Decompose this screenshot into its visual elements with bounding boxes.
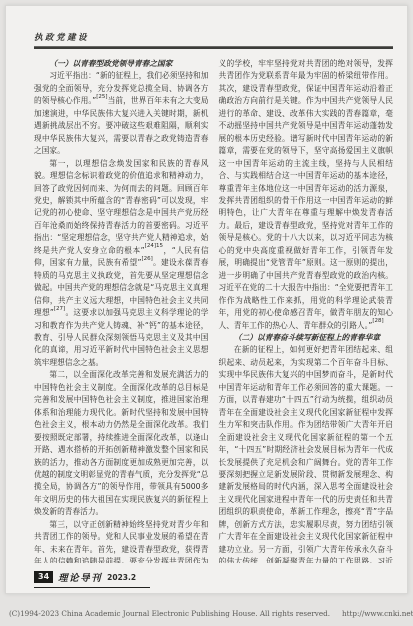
copyright-url: http://www.cnki.net (342, 609, 413, 618)
copyright-text: (C)1994-2023 China Academic Journal Elec… (9, 609, 330, 618)
page-footer: 34 理论导刊 2023.2 (34, 570, 150, 588)
journal-page: 执政党建设 （一）以青春型政党领导青春之国家习近平指出：“新的征程上，我们必须坚… (5, 5, 408, 594)
body-paragraph: 第二，以全面深化改革完善和发展充满活力的中国特色社会主义制度。全面深化改革的总目… (34, 369, 209, 518)
right-column: 义的学校，牢牢坚持党对共青团的绝对领导，发挥共青团作为党联系青年最为牢固的桥梁纽… (219, 58, 394, 563)
copyright-line: (C)1994-2023 China Academic Journal Elec… (9, 609, 413, 618)
left-column: （一）以青春型政党领导青春之国家习近平指出：“新的征程上，我们必须坚持和加强党的… (34, 58, 209, 563)
issue-number: 2023.2 (107, 573, 136, 582)
column-title: 执政党建设 (34, 31, 393, 43)
body-paragraph: 第一，以理想信念焕发国家和民族的青春风貌。理想信念标识着政党的价值追求和精神动力… (34, 158, 209, 370)
page-number: 34 (34, 571, 53, 583)
body-paragraph: 第三，以守正创新精神始终坚持党对青少年和共青团工作的领导。党和人民事业发展的希望… (34, 519, 209, 563)
body-paragraph: 习近平指出：“新的征程上，我们必须坚持和加强党的全面领导，充分发挥党总揽全局、协… (34, 70, 209, 157)
page-content: 执政党建设 （一）以青春型政党领导青春之国家习近平指出：“新的征程上，我们必须坚… (6, 6, 407, 563)
header-rule (34, 46, 393, 49)
scan-background: { "theme": { "outer_bg": "#e4e3e1", "pag… (0, 0, 413, 626)
journal-name: 理论导刊 (58, 570, 102, 584)
body-paragraph: 义的学校，牢牢坚持党对共青团的绝对领导，发挥共青团作为党联系青年最为牢固的桥梁纽… (219, 58, 394, 332)
two-column-text: （一）以青春型政党领导青春之国家习近平指出：“新的征程上，我们必须坚持和加强党的… (34, 58, 393, 563)
section-heading: （二）以青春奋斗续写新征程上的青春华章 (219, 332, 394, 344)
section-heading: （一）以青春型政党领导青春之国家 (34, 58, 209, 70)
body-paragraph: 在新的征程上，如何更好把青年团结起来、组织起来、动员起来，为实现第二个百年奋斗目… (219, 344, 394, 563)
